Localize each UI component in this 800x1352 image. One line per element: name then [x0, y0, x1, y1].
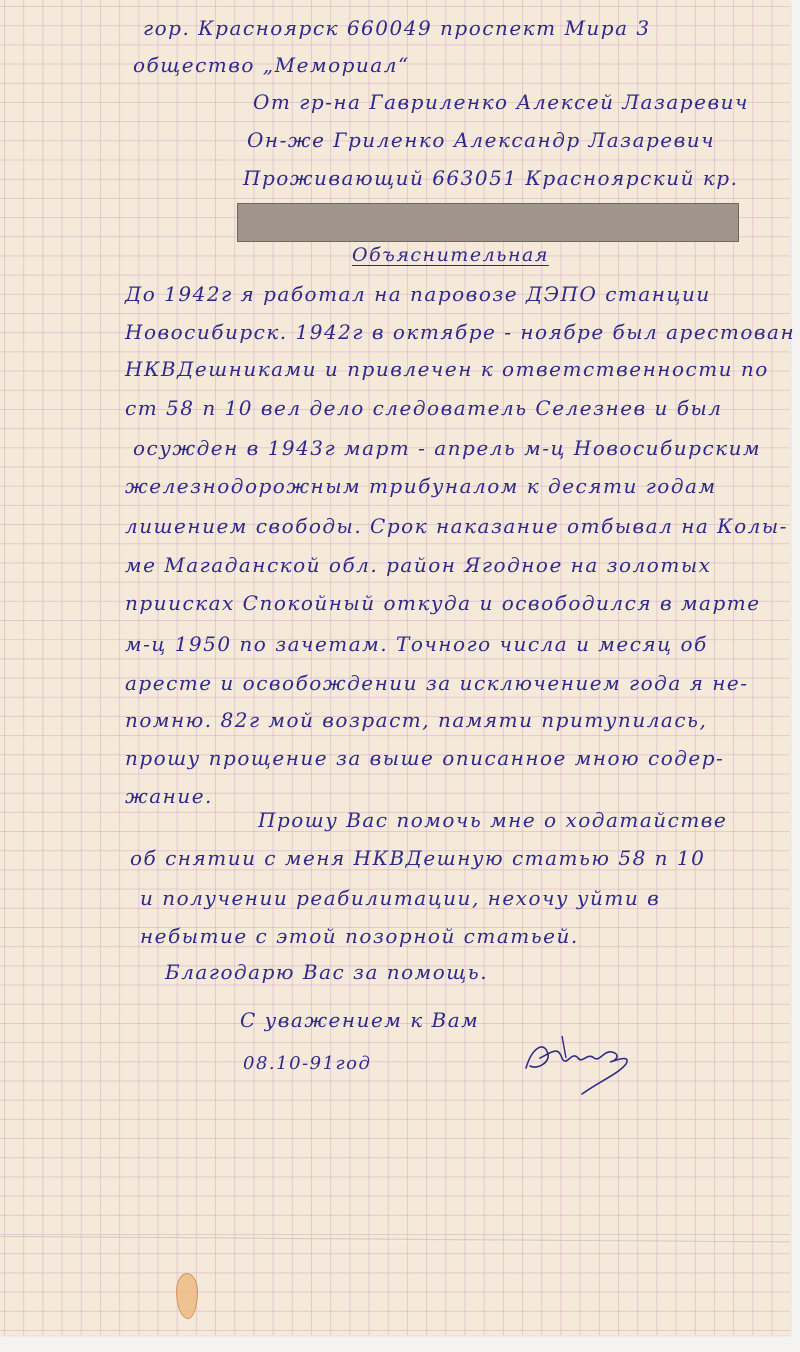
- paper-fold-crease: [0, 1236, 790, 1244]
- body-line: железнодорожным трибуналом к десяти года…: [125, 476, 717, 496]
- body-line: лишением свободы. Срок наказание отбывал…: [125, 516, 788, 536]
- recipient-organization-line: общество „Мемориал“: [133, 55, 410, 75]
- closing-line: С уважением к Вам: [240, 1010, 479, 1030]
- body-line: жание.: [125, 786, 213, 806]
- paper-stain: [176, 1273, 198, 1319]
- date-line: 08.10-91год: [243, 1055, 371, 1073]
- body-line: аресте и освобождении за исключением год…: [125, 673, 749, 693]
- graph-paper-sheet: гор. Красноярск 660049 проспект Мира 3 о…: [0, 0, 790, 1335]
- request-line: Прошу Вас помочь мне о ходатайстве: [258, 810, 727, 830]
- body-line: помню. 82г мой возраст, памяти притупила…: [125, 710, 707, 730]
- thanks-line: Благодарю Вас за помощь.: [165, 962, 488, 982]
- body-line: м-ц 1950 по зачетам. Точного числа и мес…: [125, 634, 708, 654]
- sender-residence-line: Проживающий 663051 Красноярский кр.: [243, 168, 738, 188]
- body-line: осужден в 1943г март - апрель м-ц Новоси…: [133, 438, 761, 458]
- body-line: ме Магаданской обл. район Ягодное на зол…: [125, 555, 711, 575]
- body-line: Новосибирск. 1942г в октябре - ноябре бы…: [125, 322, 795, 342]
- request-line: небытие с этой позорной статьей.: [140, 926, 579, 946]
- recipient-address-line: гор. Красноярск 660049 проспект Мира 3: [143, 18, 651, 38]
- body-line: До 1942г я работал на паровозе ДЭПО стан…: [125, 284, 711, 304]
- document-title: Объяснительная: [352, 246, 549, 265]
- body-line: ст 58 п 10 вел дело следователь Селезнев…: [125, 398, 723, 418]
- request-line: и получении реабилитации, нехочу уйти в: [140, 888, 660, 908]
- signature-icon: [522, 1028, 642, 1098]
- body-line: приисках Спокойный откуда и освободился …: [125, 593, 761, 613]
- request-line: об снятии с меня НКВДешную статью 58 п 1…: [130, 848, 705, 868]
- sender-name-line: От гр-на Гавриленко Алексей Лазаревич: [253, 92, 749, 112]
- redacted-address-block: [237, 203, 739, 242]
- sender-alias-line: Он-же Гриленко Александр Лазаревич: [247, 130, 715, 150]
- body-line: НКВДешниками и привлечен к ответственнос…: [125, 359, 769, 379]
- body-line: прошу прощение за выше описанное мною со…: [125, 748, 724, 768]
